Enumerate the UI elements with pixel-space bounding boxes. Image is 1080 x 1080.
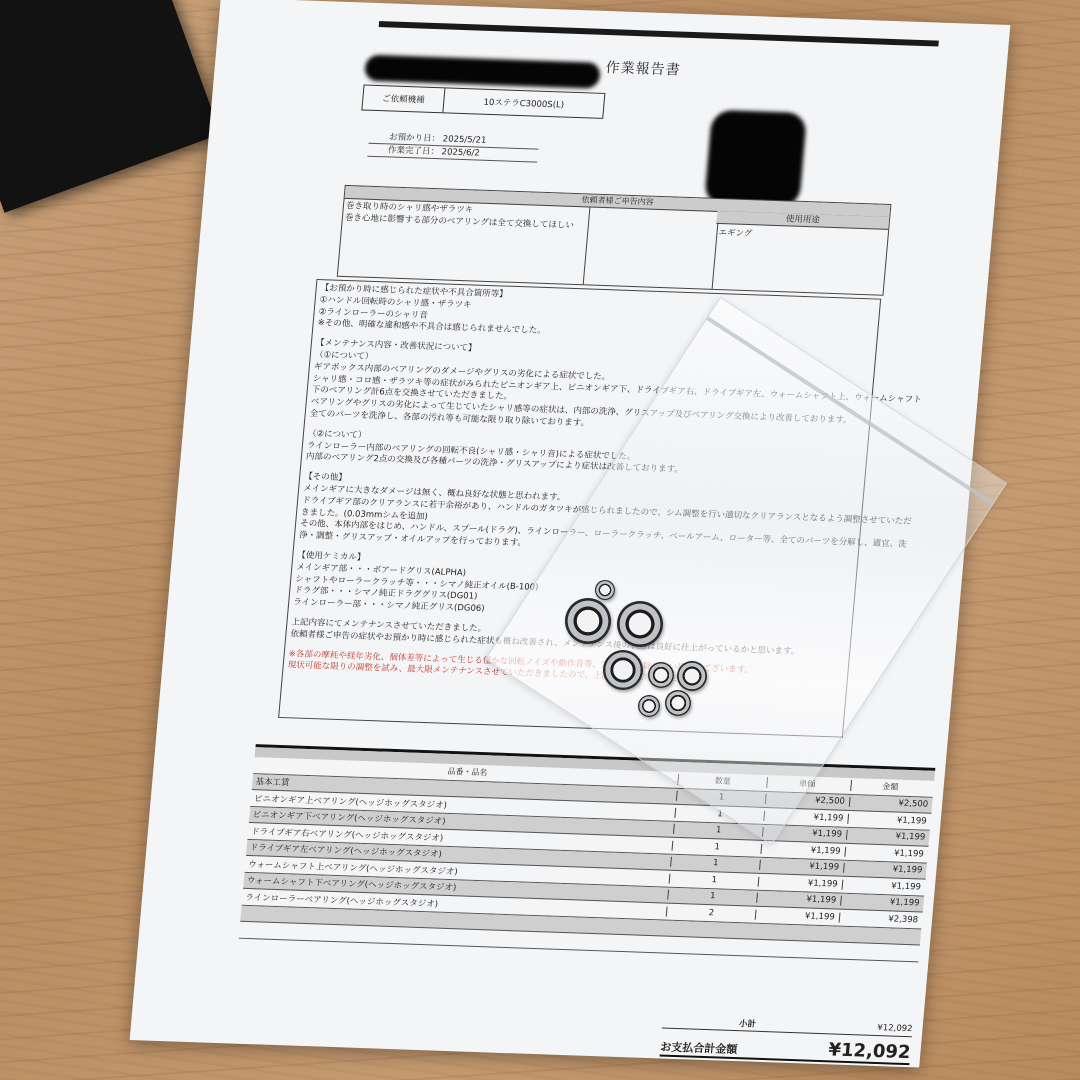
model-table: ご依頼機種 10ステラC3000S(L)	[361, 85, 605, 119]
cell-amount: ¥2,398	[838, 912, 922, 925]
cell-amount: ¥1,199	[841, 879, 925, 892]
cell-amount: ¥1,199	[843, 863, 927, 876]
redacted-name	[364, 55, 601, 89]
bearing-icon	[638, 695, 660, 717]
cell-qty: 1	[670, 857, 760, 870]
header-rule	[379, 21, 939, 47]
model-value: 10ステラC3000S(L)	[443, 88, 604, 117]
cell-unit: ¥1,199	[756, 893, 840, 906]
cell-unit: ¥1,199	[759, 860, 843, 873]
cell-qty: 1	[667, 890, 757, 903]
cell-amount	[836, 950, 919, 953]
model-label: ご依頼機種	[362, 86, 445, 113]
grand-total-value: ¥12,092	[828, 1039, 912, 1063]
bearing-icon	[665, 690, 691, 716]
request-table: 依頼者様ご申告内容 巻き取り時のシャリ感やザラツキ 巻き心地に影響する部分のベア…	[337, 185, 892, 296]
cell-unit	[754, 931, 837, 934]
bearing-icon	[603, 650, 643, 690]
request-empty-cell	[583, 206, 720, 288]
cell-qty: 1	[672, 841, 762, 854]
bearing-icon	[648, 662, 674, 688]
bearing-icon	[565, 598, 611, 644]
cell-amount: ¥1,199	[844, 847, 928, 860]
cell-amount	[837, 934, 920, 937]
bearing-icon	[677, 661, 707, 691]
usage-value: エギング	[718, 226, 753, 239]
cell-amount: ¥1,199	[845, 830, 929, 843]
cell-unit: ¥1,199	[755, 909, 839, 922]
cell-qty	[665, 928, 754, 931]
bearing-icon	[595, 580, 615, 600]
dates-block: お預かり日： 2025/5/21 作業完了日： 2025/6/2	[367, 131, 539, 163]
black-box-object	[0, 0, 221, 213]
cell-unit: ¥1,199	[761, 844, 845, 857]
cell-amount: ¥1,199	[847, 814, 931, 827]
cell-unit	[753, 947, 836, 950]
cell-qty	[663, 944, 752, 947]
cell-unit: ¥1,199	[758, 877, 842, 890]
document-title: 作業報告書	[605, 57, 682, 80]
cell-amount: ¥1,199	[840, 896, 924, 909]
cell-qty: 1	[669, 873, 759, 886]
redacted-address	[704, 110, 807, 208]
totals-block: 小計 ¥12,092 お支払合計金額 ¥12,092	[659, 1014, 913, 1066]
items-table: 品番・品名 数量 単価 金額 基本工賃1¥2,500¥2,500ピニオンギア上ベ…	[239, 744, 936, 962]
bearing-icon	[617, 601, 663, 647]
cell-amount: ¥2,500	[848, 797, 932, 810]
cell-qty: 2	[666, 906, 756, 919]
